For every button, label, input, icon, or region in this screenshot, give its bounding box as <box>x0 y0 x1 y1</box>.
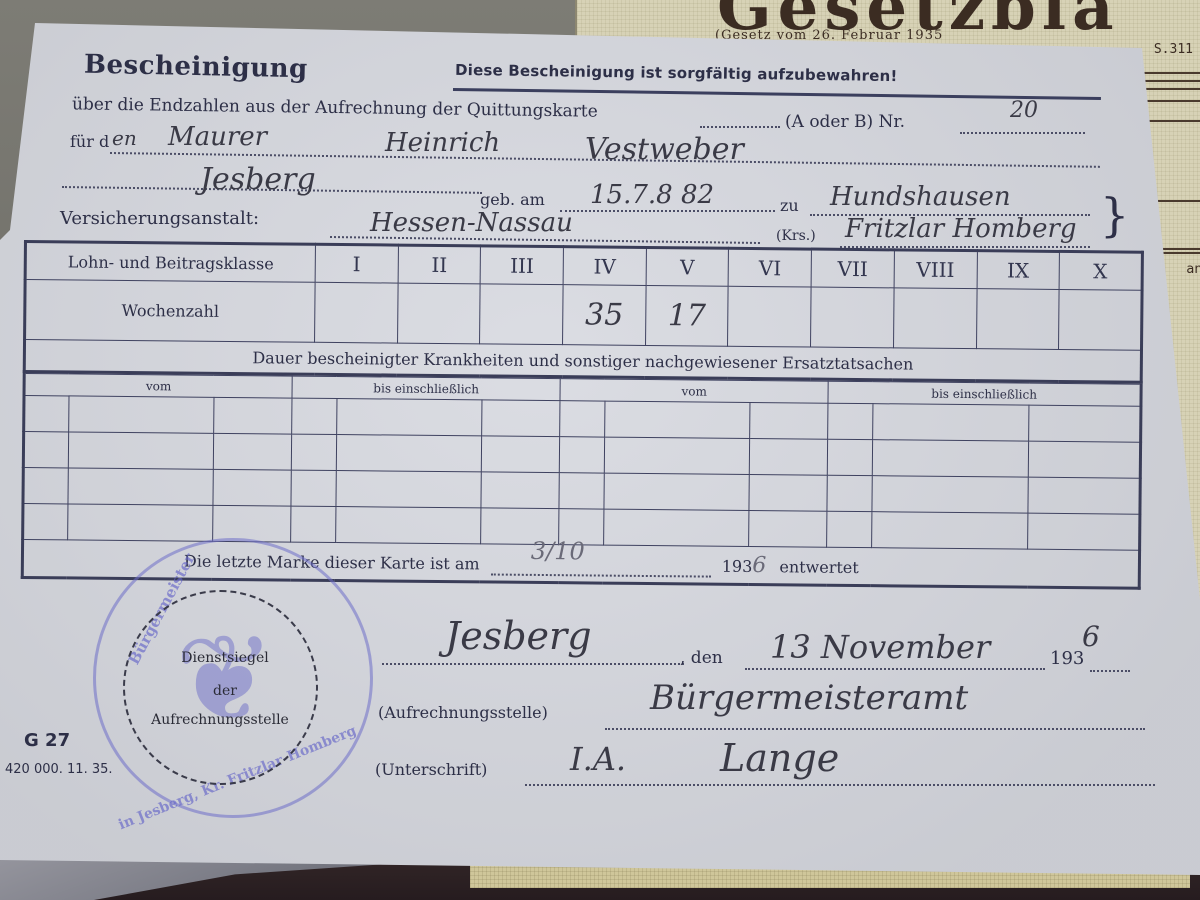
residence: Jesberg <box>200 162 316 197</box>
issue-year-suffix: 6 <box>1082 620 1100 653</box>
weeks-class-vi <box>728 286 811 347</box>
issue-year-prefix: 193 <box>1050 648 1084 669</box>
newspaper-rule <box>1142 80 1200 82</box>
class-x: X <box>1059 251 1142 290</box>
dotted-line <box>700 126 780 128</box>
year-prefix: 193 <box>722 556 753 575</box>
class-vii: VII <box>811 249 894 288</box>
first-name: Heinrich <box>385 128 500 158</box>
seal-label-line3: Aufrechnungsstelle <box>140 712 300 728</box>
class-ii: II <box>398 245 481 284</box>
newspaper-rule <box>1142 100 1200 102</box>
class-header: Lohn- und Beitragsklasse <box>25 242 315 283</box>
cancelled-label: entwertet <box>779 557 859 577</box>
class-v: V <box>646 247 729 286</box>
signature-prefix: I.A. <box>570 740 626 778</box>
weeks-class-vii <box>811 287 894 348</box>
district-label: (Krs.) <box>776 228 816 244</box>
newspaper-rule <box>1142 72 1200 74</box>
newspaper-rule <box>1142 88 1200 90</box>
for-label: für d <box>70 132 109 151</box>
surname: Vestweber <box>585 132 744 167</box>
newspaper-page-ref: S.311 <box>1154 42 1193 57</box>
class-i: I <box>315 244 398 283</box>
class-ix: IX <box>977 251 1060 290</box>
last-stamp-date-field: 3/10 <box>491 554 711 577</box>
weeks-class-iv: 35 <box>563 285 646 346</box>
weeks-label: Wochenzahl <box>25 280 316 343</box>
insurer-label: Versicherungsanstalt: <box>60 208 259 229</box>
issue-date: 13 November <box>770 628 990 666</box>
dotted-line <box>960 132 1085 134</box>
weeks-class-ii <box>397 283 480 344</box>
birthplace-label: zu <box>780 196 799 215</box>
card-type-label: (A oder B) Nr. <box>785 112 905 132</box>
occupation: Maurer <box>168 122 267 152</box>
dotted-line <box>605 728 1145 730</box>
from-header-1: vom <box>24 374 292 399</box>
document-title: Bescheinigung <box>84 50 308 85</box>
until-header-1: bis einschließlich <box>292 376 560 401</box>
birth-date: 15.7.8 82 <box>590 180 714 210</box>
year-suffix: 6 <box>752 553 766 578</box>
class-vi: VI <box>729 248 812 287</box>
insurer: Hessen-Nassau <box>370 208 573 238</box>
for-suffix: en <box>112 126 137 150</box>
district: Fritzlar Homberg <box>845 214 1077 244</box>
office: Bürgermeisteramt <box>650 678 968 718</box>
signature: Lange <box>720 736 839 780</box>
weeks-class-iii <box>480 284 563 345</box>
class-iii: III <box>480 246 563 285</box>
dotted-line <box>745 668 1045 670</box>
office-label: (Aufrechnungsstelle) <box>378 703 548 722</box>
seal-label-line1: Dienstsiegel <box>180 650 270 666</box>
seal-label-line2: der <box>200 683 250 699</box>
weeks-class-ix <box>976 289 1059 350</box>
card-number: 20 <box>1010 98 1038 123</box>
until-header-2: bis einschließlich <box>828 381 1141 406</box>
dotted-line <box>382 663 684 665</box>
date-label: , den <box>680 648 723 668</box>
from-header-2: vom <box>560 379 828 404</box>
born-label: geb. am <box>480 190 545 209</box>
class-viii: VIII <box>894 250 977 289</box>
newspaper-rule <box>1142 120 1200 122</box>
brace: } <box>1100 188 1129 242</box>
weeks-class-viii <box>893 288 976 349</box>
signature-label: (Unterschrift) <box>375 760 487 779</box>
print-run: 420 000. 11. 35. <box>5 762 113 777</box>
weeks-class-x <box>1059 289 1142 350</box>
form-code: G 27 <box>24 730 70 751</box>
newspaper-word-fragment: ame <box>1186 262 1200 277</box>
dotted-line <box>525 784 1155 786</box>
class-iv: IV <box>563 247 646 286</box>
weeks-class-i <box>315 282 398 343</box>
place: Jesberg <box>445 614 592 658</box>
weeks-class-v: 17 <box>645 285 728 346</box>
last-stamp-date: 3/10 <box>531 536 585 565</box>
dotted-line <box>560 210 775 212</box>
birthplace: Hundshausen <box>830 182 1011 212</box>
dotted-line <box>1090 670 1130 672</box>
